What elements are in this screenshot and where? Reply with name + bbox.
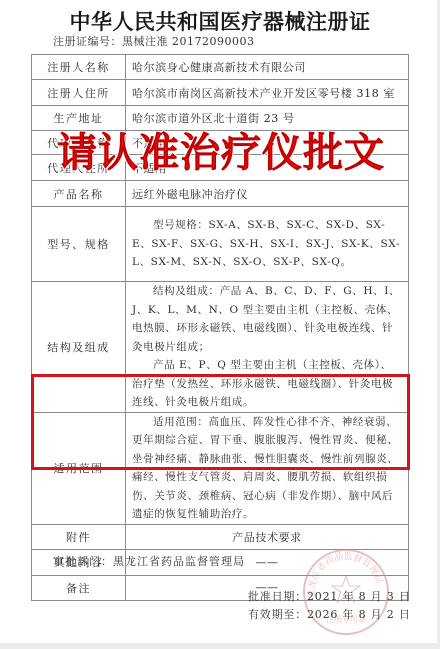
table-row-registrant-name: 注册人名称 哈尔滨身心健康高新技术有限公司 xyxy=(32,55,409,80)
row-value: 结构及组成：产品 A、B、C、D、F、G、H、I、J、K、L、M、N、O 型主要… xyxy=(126,282,409,413)
row-value: 不适用 xyxy=(126,155,409,181)
model-spec-text: 型号规格：SX-A、SX-B、SX-C、SX-D、SX-E、SX-F、SX-G、… xyxy=(132,216,402,272)
row-label: 生产地址 xyxy=(32,106,126,131)
table-row-scope: 适用范围 适用范围：高血压、阵发性心律不齐、神经衰弱、更年期综合症、胃下垂、腹胀… xyxy=(32,412,409,524)
structure-paragraph-2: 产品 E、P、Q 型主要由主机（主控板、壳体）、治疗垫（发热丝、环形永磁铁、电磁… xyxy=(132,356,402,412)
row-value: 型号规格：SX-A、SX-B、SX-C、SX-D、SX-E、SX-F、SX-G、… xyxy=(126,207,409,282)
row-label: 备注 xyxy=(32,575,126,600)
registration-number-value: 黑械注准 20172090003 xyxy=(122,35,254,48)
row-value: 远红外磁电脉冲治疗仪 xyxy=(126,181,409,207)
approver-value: 黑龙江省药品监督管理局 xyxy=(113,555,245,568)
row-label: 注册人住所 xyxy=(32,80,126,106)
table-row-agent-address: 代理人住所 不适用 xyxy=(32,155,409,181)
dates-block: 批准日期：2021 年 8 月 3 日 有效期至：2026 年 8 月 2 日 xyxy=(248,588,411,624)
table-row-attachment: 附件 产品技术要求 xyxy=(32,524,409,549)
certificate-table: 注册人名称 哈尔滨身心健康高新技术有限公司 注册人住所 哈尔滨市南岗区高新技术产… xyxy=(31,54,409,601)
registration-number: 注册证编号：黑械注准 20172090003 xyxy=(53,33,254,49)
table-row-model-spec: 型号、规格 型号规格：SX-A、SX-B、SX-C、SX-D、SX-E、SX-F… xyxy=(32,207,409,282)
row-value: 哈尔滨市南岗区高新技术产业开发区零号楼 318 室 xyxy=(126,80,409,106)
row-label: 结构及组成 xyxy=(32,282,126,413)
row-label: 注册人名称 xyxy=(32,55,126,80)
row-label: 代理人住所 xyxy=(32,155,126,181)
row-label: 产品名称 xyxy=(32,181,126,207)
approver-label: 审批部门： xyxy=(53,555,113,568)
row-label: 型号、规格 xyxy=(32,207,126,282)
valid-until: 有效期至：2026 年 8 月 2 日 xyxy=(248,606,411,624)
approval-date-label: 批准日期： xyxy=(248,590,307,603)
row-label: 代理人名称 xyxy=(32,131,126,155)
row-value: 不适用 xyxy=(126,131,409,155)
approval-date: 批准日期：2021 年 8 月 3 日 xyxy=(248,588,411,606)
row-label: 附件 xyxy=(32,524,126,549)
certificate-page: 中华人民共和国医疗器械注册证 注册证编号：黑械注准 20172090003 注册… xyxy=(0,0,437,643)
table-row-structure: 结构及组成 结构及组成：产品 A、B、C、D、F、G、H、I、J、K、L、M、N… xyxy=(32,282,409,413)
table-row-agent-name: 代理人名称 不适用 xyxy=(32,131,409,155)
table-row-registrant-address: 注册人住所 哈尔滨市南岗区高新技术产业开发区零号楼 318 室 xyxy=(32,80,409,106)
structure-paragraph-1: 结构及组成：产品 A、B、C、D、F、G、H、I、J、K、L、M、N、O 型主要… xyxy=(132,282,402,356)
row-value: 产品技术要求 xyxy=(126,524,409,549)
valid-until-value: 2026 年 8 月 2 日 xyxy=(307,608,411,621)
approval-date-value: 2021 年 8 月 3 日 xyxy=(307,590,411,603)
valid-until-label: 有效期至： xyxy=(248,608,307,621)
document-title: 中华人民共和国医疗器械注册证 xyxy=(0,6,440,36)
row-value: 哈尔滨市道外区北十道街 23 号 xyxy=(126,106,409,131)
approval-department: 审批部门：黑龙江省药品监督管理局 xyxy=(53,553,245,569)
row-value: 适用范围：高血压、阵发性心律不齐、神经衰弱、更年期综合症、胃下垂、腹胀腹泻、慢性… xyxy=(126,412,409,524)
table-row-production-address: 生产地址 哈尔滨市道外区北十道街 23 号 xyxy=(32,106,409,131)
registration-number-label: 注册证编号： xyxy=(53,35,122,48)
row-value: 哈尔滨身心健康高新技术有限公司 xyxy=(126,55,409,80)
table-row-product-name: 产品名称 远红外磁电脉冲治疗仪 xyxy=(32,181,409,207)
row-label: 适用范围 xyxy=(32,412,126,524)
scope-text: 适用范围：高血压、阵发性心律不齐、神经衰弱、更年期综合症、胃下垂、腹胀腹泻、慢性… xyxy=(132,413,402,524)
